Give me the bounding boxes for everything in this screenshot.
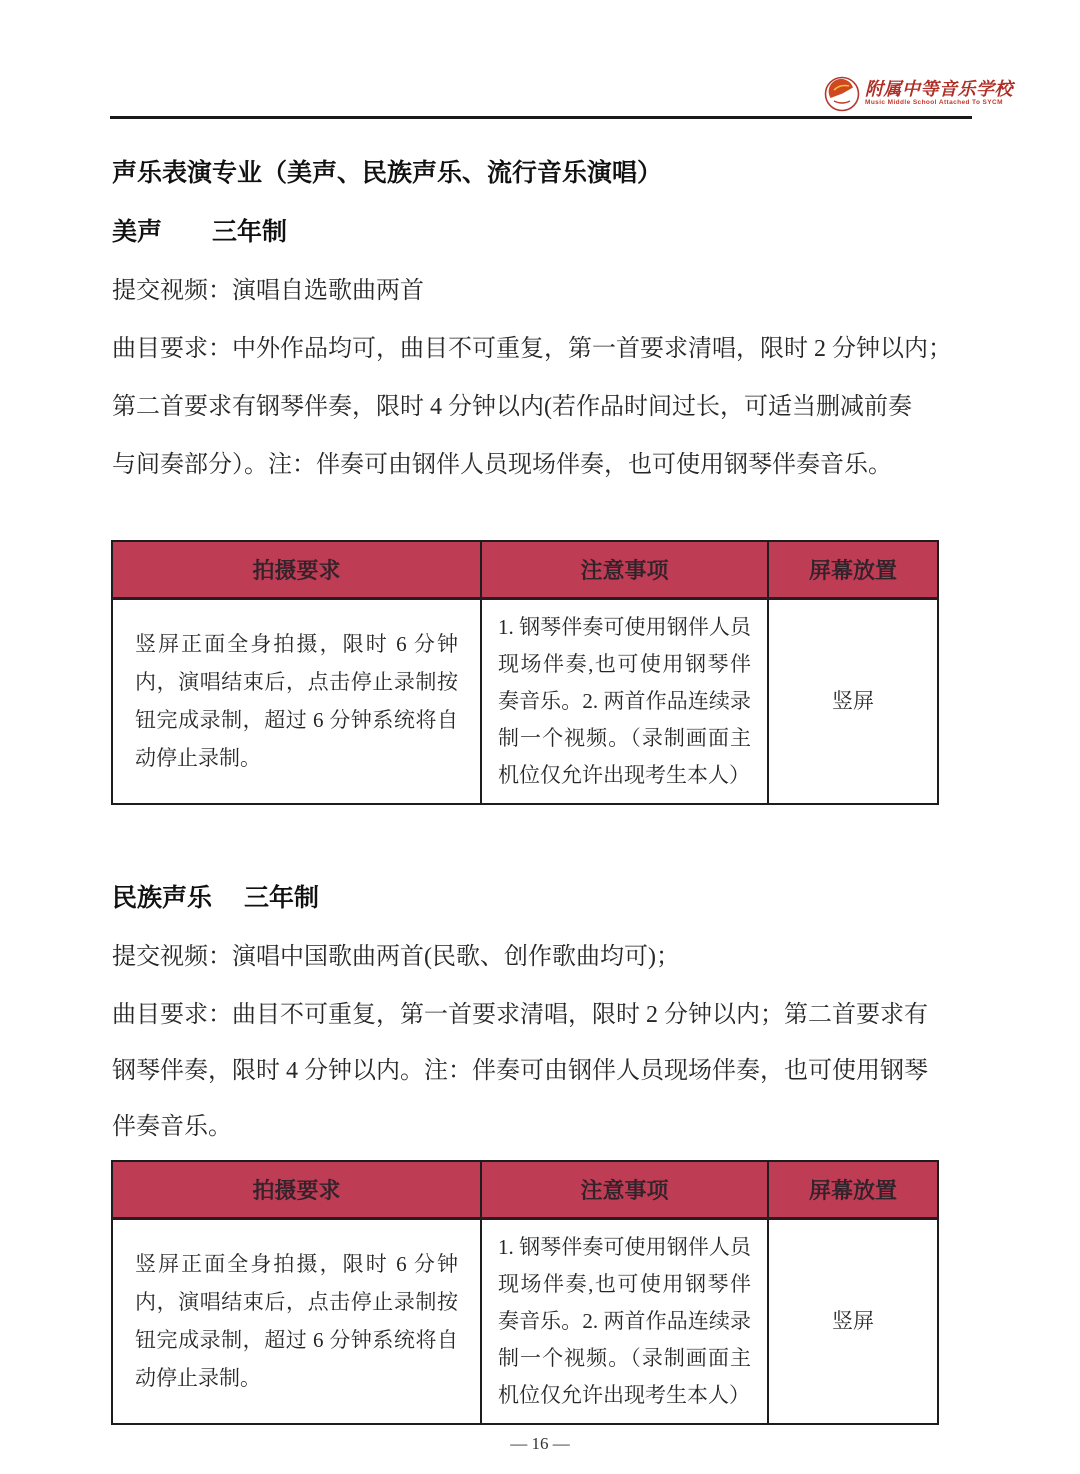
page-number: — 16 — xyxy=(0,1434,1080,1454)
shooting-requirement-cell: 竖屏正面全身拍摄，限时 6 分钟内，演唱结束后，点击停止录制按钮完成录制，超过 … xyxy=(112,1218,481,1424)
table-row: 竖屏正面全身拍摄，限时 6 分钟内，演唱结束后，点击停止录制按钮完成录制，超过 … xyxy=(112,1218,938,1424)
table-header-row: 拍摄要求 注意事项 屏幕放置 xyxy=(112,541,938,598)
requirement-line: 第二首要求有钢琴伴奏，限时 4 分钟以内(若作品时间过长，可适当删减前奏 xyxy=(112,386,912,421)
column-header-screen: 屏幕放置 xyxy=(768,1161,938,1218)
screen-orientation-cell: 竖屏 xyxy=(768,598,938,804)
column-header-notes: 注意事项 xyxy=(481,541,768,598)
shooting-requirement-cell: 竖屏正面全身拍摄，限时 6 分钟内，演唱结束后，点击停止录制按钮完成录制，超过 … xyxy=(112,598,481,804)
school-logo-text: 附属中等音乐学校 Music Middle School Attached To… xyxy=(865,76,1013,107)
column-header-screen: 屏幕放置 xyxy=(768,541,938,598)
requirement-line: 伴奏音乐。 xyxy=(112,1106,232,1141)
header-divider xyxy=(110,116,972,119)
submit-video-line: 提交视频：演唱自选歌曲两首 xyxy=(112,270,424,305)
notes-cell: 1. 钢琴伴奏可使用钢伴人员现场伴奏,也可使用钢琴伴奏音乐。2. 两首作品连续录… xyxy=(481,1218,768,1424)
submit-video-line: 提交视频：演唱中国歌曲两首(民歌、创作歌曲均可)； xyxy=(112,936,680,971)
column-header-shooting: 拍摄要求 xyxy=(112,541,481,598)
page-title: 声乐表演专业（美声、民族声乐、流行音乐演唱） xyxy=(112,153,662,189)
document-page: 附属中等音乐学校 Music Middle School Attached To… xyxy=(0,0,1080,1474)
screen-orientation-cell: 竖屏 xyxy=(768,1218,938,1424)
shooting-requirements-table: 拍摄要求 注意事项 屏幕放置 竖屏正面全身拍摄，限时 6 分钟内，演唱结束后，点… xyxy=(111,1160,939,1425)
table-row: 竖屏正面全身拍摄，限时 6 分钟内，演唱结束后，点击停止录制按钮完成录制，超过 … xyxy=(112,598,938,804)
column-header-notes: 注意事项 xyxy=(481,1161,768,1218)
requirement-line: 与间奏部分）。注：伴奏可由钢伴人员现场伴奏，也可使用钢琴伴奏音乐。 xyxy=(112,444,892,479)
shooting-requirements-table: 拍摄要求 注意事项 屏幕放置 竖屏正面全身拍摄，限时 6 分钟内，演唱结束后，点… xyxy=(111,540,939,805)
school-name-chinese: 附属中等音乐学校 xyxy=(865,79,1013,99)
section-heading-bel-canto: 美声 三年制 xyxy=(112,212,287,248)
school-emblem-icon xyxy=(824,76,860,112)
table-header-row: 拍摄要求 注意事项 屏幕放置 xyxy=(112,1161,938,1218)
section-heading-folk-vocal: 民族声乐 三年制 xyxy=(112,878,319,914)
column-header-shooting: 拍摄要求 xyxy=(112,1161,481,1218)
school-logo: 附属中等音乐学校 Music Middle School Attached To… xyxy=(824,76,1013,112)
requirement-line: 钢琴伴奏，限时 4 分钟以内。注：伴奏可由钢伴人员现场伴奏，也可使用钢琴 xyxy=(112,1050,928,1085)
requirement-line: 曲目要求：曲目不可重复，第一首要求清唱，限时 2 分钟以内；第二首要求有 xyxy=(112,994,928,1029)
notes-cell: 1. 钢琴伴奏可使用钢伴人员现场伴奏,也可使用钢琴伴奏音乐。2. 两首作品连续录… xyxy=(481,598,768,804)
school-name-english: Music Middle School Attached To SYCM xyxy=(865,99,1013,107)
requirement-line: 曲目要求：中外作品均可，曲目不可重复，第一首要求清唱，限时 2 分钟以内； xyxy=(112,328,952,363)
